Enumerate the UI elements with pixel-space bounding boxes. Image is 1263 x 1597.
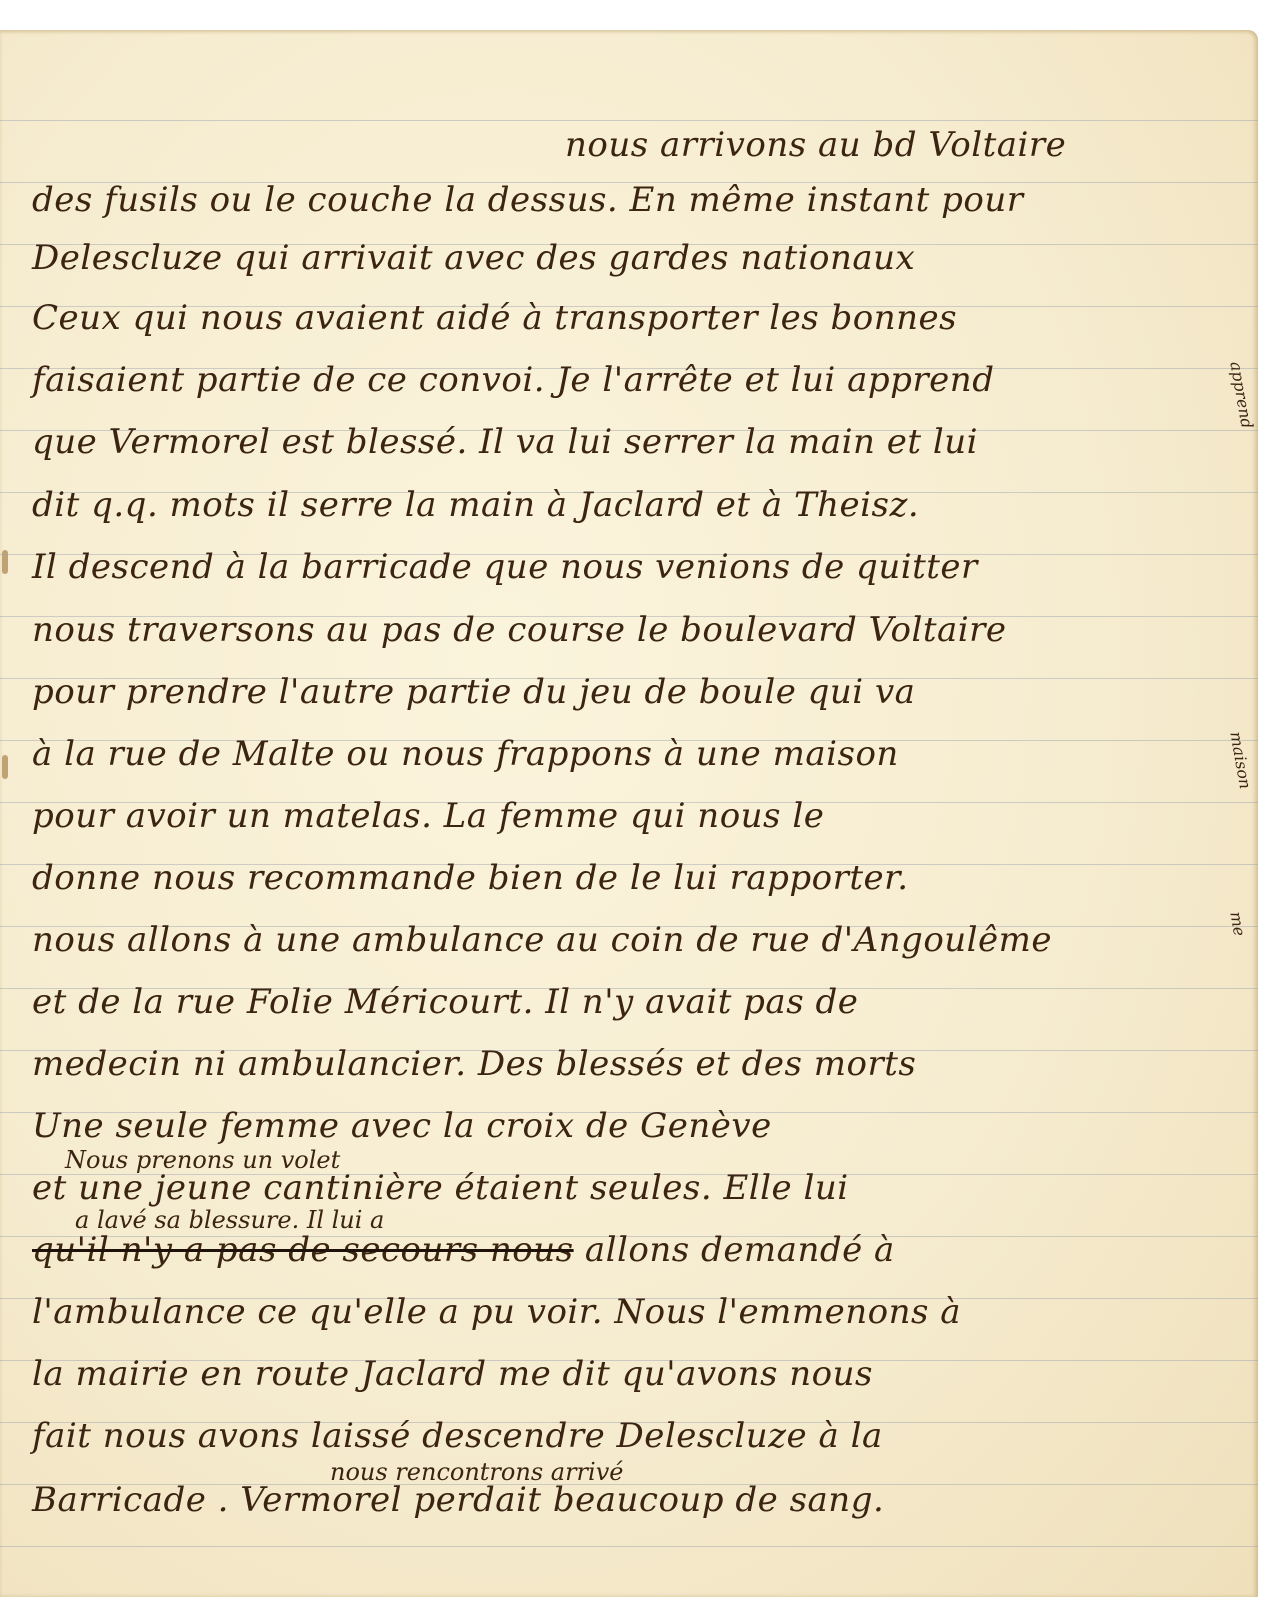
manuscript-line-12: pour avoir un matelas. La femme qui nous… (32, 796, 1238, 836)
struck-text: qu'il n'y a pas de secours nous (32, 1230, 574, 1270)
manuscript-line-23: Barricade . Vermorel perdait beaucoup de… (32, 1480, 1238, 1520)
manuscript-line-10: pour prendre l'autre partie du jeu de bo… (32, 672, 1238, 712)
manuscript-line-20: l'ambulance ce qu'elle a pu voir. Nous l… (32, 1292, 1238, 1332)
manuscript-line-9: nous traversons au pas de course le boul… (32, 610, 1238, 650)
manuscript-line-18: et une jeune cantinière étaient seules. … (32, 1168, 1238, 1208)
manuscript-line-22: fait nous avons laissé descendre Delescl… (32, 1416, 1238, 1456)
manuscript-line-7: dit q.q. mots il serre la main à Jaclard… (32, 485, 1238, 525)
manuscript-line-3: Delescluze qui arrivait avec des gardes … (32, 238, 1238, 278)
line-19-rest: allons demandé à (585, 1230, 895, 1270)
manuscript-line-2: des fusils ou le couche la dessus. En mê… (32, 180, 1238, 220)
ruled-line (0, 1546, 1258, 1547)
manuscript-line-13: donne nous recommande bien de le lui rap… (32, 858, 1238, 898)
manuscript-line-5: faisaient partie de ce convoi. Je l'arrê… (32, 360, 1238, 400)
manuscript-page: nous arrivons au bd Voltaire des fusils … (0, 30, 1258, 1597)
manuscript-line-6: que Vermorel est blessé. Il va lui serre… (32, 422, 1238, 462)
manuscript-line-8: Il descend à la barricade que nous venio… (32, 547, 1238, 587)
manuscript-line-1: nous arrivons au bd Voltaire (565, 125, 1238, 165)
manuscript-line-15: et de la rue Folie Méricourt. Il n'y ava… (32, 982, 1238, 1022)
manuscript-line-19: qu'il n'y a pas de secours nous allons d… (32, 1230, 1238, 1270)
manuscript-line-16: medecin ni ambulancier. Des blessés et d… (32, 1044, 1238, 1084)
manuscript-line-4: Ceux qui nous avaient aidé à transporter… (32, 298, 1238, 338)
paper-stain (2, 755, 8, 779)
manuscript-line-14: nous allons à une ambulance au coin de r… (32, 920, 1238, 960)
ruled-line (0, 120, 1258, 121)
manuscript-line-11: à la rue de Malte ou nous frappons à une… (32, 734, 1238, 774)
manuscript-line-17: Une seule femme avec la croix de Genève (32, 1106, 1238, 1146)
margin-note-me: me (1226, 910, 1249, 938)
manuscript-line-21: la mairie en route Jaclard me dit qu'avo… (32, 1354, 1238, 1394)
